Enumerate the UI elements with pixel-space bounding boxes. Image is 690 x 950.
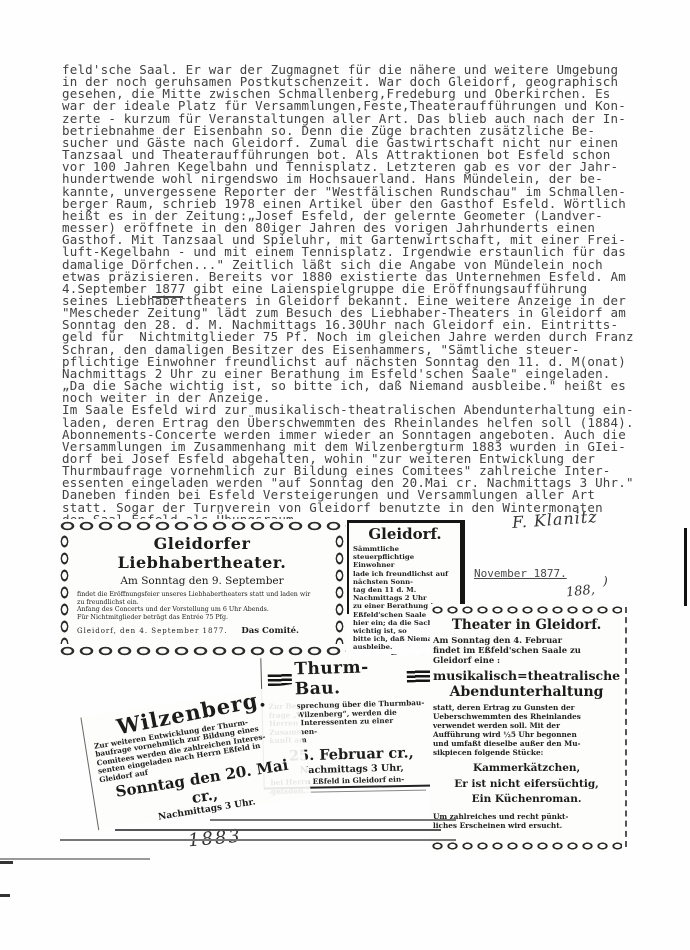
scan-streak — [0, 858, 150, 860]
clipping-gleidorf: Gleidorf. Sämmtliche steuerpflichtige Ei… — [347, 520, 465, 614]
clipping-title: Gleidorf. — [353, 525, 457, 543]
handwritten-188: 188, — [565, 583, 595, 601]
chain-border-top — [58, 519, 346, 533]
clipping-theater: Theater in Gleidorf. Am Sonntag den 4. F… — [430, 604, 622, 852]
clipping-headline: Abendunterhaltung — [433, 684, 620, 700]
scan-streak — [60, 839, 456, 841]
clipping-dateline: Gleidorf, den 4. September 1877. — [77, 627, 228, 635]
clipping-play-titles: Kammerkätzchen, Er ist nicht eifersüchti… — [433, 761, 620, 808]
clipping-signoff: Das Comité. — [241, 626, 299, 636]
clipping-body: statt, deren Ertrag zu Gunsten der Ueber… — [433, 703, 620, 757]
clipping-title: Gleidorfer Liebhabertheater. — [77, 534, 327, 572]
clipping-wilzenberg: Wilzenberg. Zur weiteren Entwicklung der… — [80, 684, 311, 830]
scan-margin-mark — [0, 861, 13, 864]
clipping-headline: musikalisch=theatralische — [433, 668, 620, 683]
chain-border-top — [430, 604, 622, 616]
chain-border-left — [58, 533, 71, 644]
clipping-title: Thurm-Bau. — [294, 657, 405, 700]
scan-streak — [115, 829, 441, 831]
clipping-closing: Um zahlreiches und recht pünkt- liches E… — [433, 812, 620, 830]
print-ornament-right — [407, 670, 431, 683]
handwritten-paren: ) — [603, 574, 608, 588]
clipping-intro: Am Sonntag den 4. Februar findet im Eßfe… — [433, 635, 620, 665]
clipping-subtitle: Am Sonntag den 9. September — [77, 575, 327, 587]
chain-border-right — [333, 533, 346, 644]
chain-border-bottom — [430, 840, 622, 852]
clipping-body: findet die Eröffnungsfeier unseres Liebh… — [77, 591, 327, 621]
underline-mark-1877 — [152, 296, 183, 298]
clipping-liebhabertheater: Gleidorfer Liebhabertheater. Am Sonntag … — [58, 519, 346, 658]
margin-note-november-1877: November 1877. — [474, 567, 567, 580]
dashed-cut-line — [625, 607, 627, 847]
scan-streak — [210, 819, 456, 821]
typed-paragraph: feld'sche Saal. Er war der Zugmagnet für… — [62, 64, 647, 526]
chain-border-bottom — [58, 644, 346, 658]
scanned-page: feld'sche Saal. Er war der Zugmagnet für… — [0, 0, 690, 950]
scan-edge-artifact — [684, 528, 687, 606]
scan-margin-mark — [0, 894, 10, 897]
clipping-title: Theater in Gleidorf. — [433, 617, 620, 633]
